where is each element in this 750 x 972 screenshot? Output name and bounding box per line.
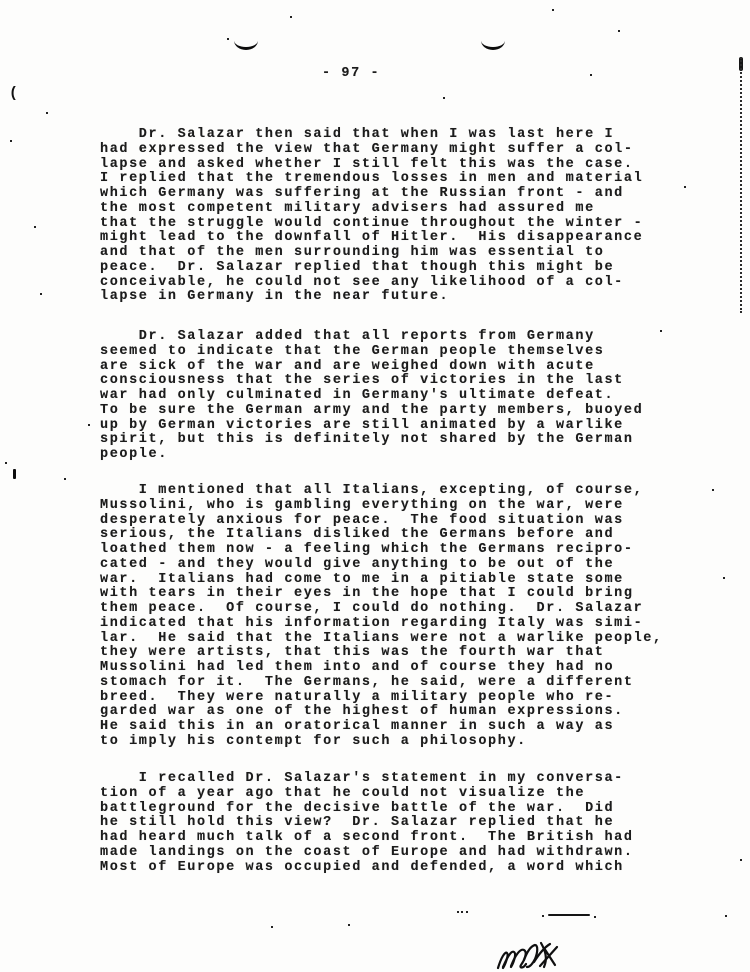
scanner-noise-dots: [0, 0, 2, 2]
binder-hole-mark-right: [481, 37, 505, 50]
binder-hole-mark-left: [234, 37, 258, 50]
handwritten-initials-mark: [494, 938, 566, 972]
document-page: - 97 - ( Dr. Salazar then said that when…: [0, 0, 750, 972]
scan-edge-dotted-line: [740, 57, 742, 313]
left-margin-paren-mark: (: [9, 86, 18, 101]
paragraph-3: I mentioned that all Italians, excepting…: [100, 484, 663, 750]
paragraph-1: Dr. Salazar then said that when I was la…: [100, 128, 643, 305]
paragraph-2: Dr. Salazar added that all reports from …: [100, 330, 643, 463]
bottom-stray-line: [548, 914, 590, 916]
paragraph-4: I recalled Dr. Salazar's statement in my…: [100, 772, 634, 875]
page-number: - 97 -: [322, 67, 380, 82]
left-margin-tick-mark: [13, 469, 16, 479]
